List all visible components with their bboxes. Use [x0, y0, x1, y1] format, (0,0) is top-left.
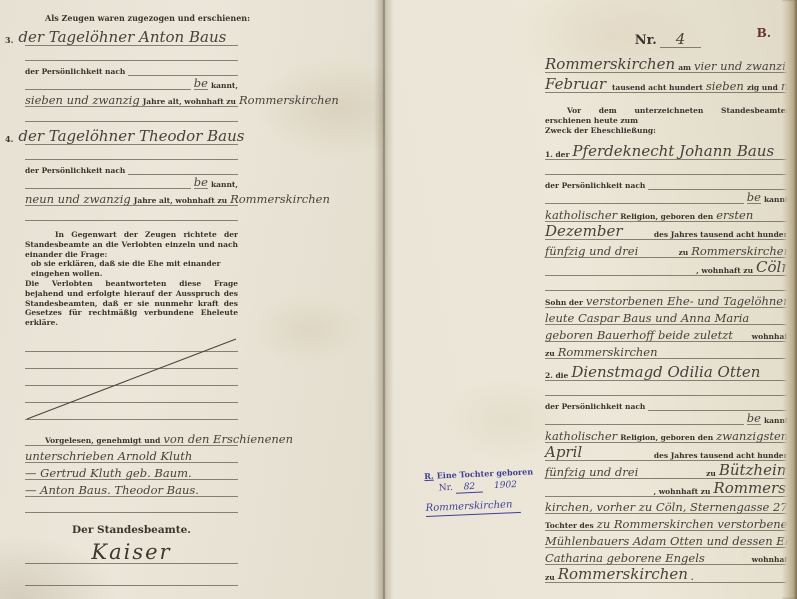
religion-label: Religion, geboren den	[620, 212, 713, 221]
page-right: B. R.Eine Tochter geboren Nr. 82 1902 Ro…	[385, 0, 797, 599]
bride-residence-line: , wohnhaft zu Rommers-	[545, 479, 791, 497]
blank-rule	[25, 564, 238, 586]
closing-hand: von den Erschienenen	[163, 433, 293, 445]
wohnhaft-label: , wohnhaft zu	[696, 266, 753, 275]
closing-line: Vorgelesen, genehmigt und von den Erschi…	[25, 428, 238, 446]
witness4-name-line: 4. der Tagelöhner Theodor Baus	[25, 122, 238, 145]
witness-signature-1: — Gertrud Kluth geb. Baum.	[25, 467, 192, 479]
registrar-signature: Kaiser	[91, 541, 171, 563]
date-place: Rommerskirchen	[545, 56, 675, 72]
bride-entry: Dienstmagd Odilia Otten	[571, 364, 760, 380]
groom-birth-month: Dezember	[545, 223, 623, 239]
witness3-entry: der Tagelöhner Anton Baus	[18, 29, 226, 45]
daughter-of-label: Tochter des	[545, 521, 594, 530]
bride-religion-line: katholischer Religion, geboren den zwanz…	[545, 425, 791, 443]
known-hand: be	[747, 191, 761, 204]
groom-name-line: 1. der Pferdeknecht Johann Baus	[545, 138, 791, 160]
closing-hand2: unterschrieben Arnold Kluth	[25, 450, 192, 462]
witness-signature-2: — Anton Baus. Theodor Baus.	[25, 484, 199, 496]
witness3-name-line: 3. der Tagelöhner Anton Baus	[25, 23, 238, 46]
bride-residence-line-2: kirchen, vorher zu Cöln, Sternengasse 27	[545, 497, 791, 514]
right-form-column: Nr. 4 Rommerskirchen am vier und zwanzig…	[545, 30, 791, 583]
zu-label: zu	[545, 349, 555, 358]
date-printed-1: tausend acht hundert	[612, 83, 703, 92]
witness3-known-line: be kannt,	[25, 76, 238, 90]
register-book-photo: { "labels": { "pers": "der Persönlichkei…	[0, 0, 797, 599]
groom-parents-line-3: geboren Bauerhoff beide zuletzt wohnhaft	[545, 325, 791, 342]
bride-birth-year: fünfzig und drei	[545, 466, 638, 478]
registrar-label: Der Standesbeamte.	[72, 524, 191, 536]
signature-line-2: — Gertrud Kluth geb. Baum.	[25, 463, 238, 480]
age-label: Jahre alt, wohnhaft zu	[143, 97, 236, 106]
open-register-book: Als Zeugen waren zugezogen und erschiene…	[0, 0, 797, 599]
bride-parents-line-1: Tochter des zu Rommerskirchen verstorben…	[545, 514, 791, 531]
declaration-paragraph-3: Die Verlobten beantworteten diese Frage …	[25, 279, 238, 328]
dateline-1: Rommerskirchen am vier und zwanzigsten	[545, 52, 791, 73]
witness4-identity-line: der Persönlichkeit nach	[25, 160, 238, 175]
blank-rule	[25, 46, 238, 61]
book-page-edge	[782, 0, 797, 599]
appearance-line-1: Vor dem unterzeichneten Standesbeamten e…	[545, 106, 791, 126]
son-of-label: Sohn der	[545, 298, 583, 307]
groom-birth-day: ersten	[716, 209, 753, 221]
year-label: des Jahres tausend acht hundert	[654, 451, 791, 460]
year-label: des Jahres tausend acht hundert	[654, 230, 791, 239]
bride-birth-day: zwanzigsten	[716, 430, 788, 442]
cancelled-blank-block	[25, 335, 238, 420]
witness3-identity-line: der Persönlichkeit nach	[25, 61, 238, 76]
witness4-entry: der Tagelöhner Theodor Baus	[18, 128, 244, 144]
page-left: Als Zeugen waren zugezogen und erschiene…	[0, 0, 385, 599]
groom-religion-line: katholischer Religion, geboren den erste…	[545, 204, 791, 222]
book-gutter-shadow	[374, 0, 394, 599]
blank-rule	[545, 381, 791, 396]
bride-parents-residence-line: zu Rommerskirchen .	[545, 565, 791, 583]
bride-birth-place: Bützheim	[719, 462, 791, 478]
groom-birth-year-line: fünfzig und drei zu Rommerskirchen	[545, 240, 791, 258]
groom-birth-year: fünfzig und drei	[545, 245, 638, 257]
groom-identity-line: der Persönlichkeit nach	[545, 175, 791, 190]
known-label: kannt,	[211, 81, 238, 90]
groom-entry: Pferdeknecht Johann Baus	[572, 143, 774, 159]
identity-label: der Persönlichkeit nach	[545, 181, 645, 190]
declaration-paragraph-1: In Gegenwart der Zeugen richtete der Sta…	[25, 230, 238, 259]
signature-line-1: unterschrieben Arnold Kluth	[25, 446, 238, 463]
bride-parents-line-2: Mühlenbauers Adam Otten und dessen Ehefr…	[545, 531, 791, 548]
groom-religion: katholischer	[545, 209, 617, 221]
blank-rule	[25, 145, 238, 160]
stamp-nr-label: Nr.	[439, 483, 453, 494]
groom-parents-line-2: leute Caspar Baus und Anna Maria	[545, 308, 791, 325]
bride-known-line: be kannt,	[545, 411, 791, 425]
record-number-value: 4	[660, 31, 702, 48]
blank-rule	[25, 206, 238, 221]
bride-parents-3: Catharina geborene Engels	[545, 552, 705, 564]
witnesses-intro-line: Als Zeugen waren zugezogen und erschiene…	[25, 10, 238, 23]
bride-religion: katholischer	[545, 430, 617, 442]
groom-parents-residence-line: zu Rommerskirchen	[545, 342, 791, 359]
witness4-number: 4.	[5, 134, 13, 144]
dateline-2: Februar tausend acht hundert sieben zig …	[545, 73, 791, 93]
blank-rule	[25, 497, 238, 513]
stamp-prefix: R.	[424, 471, 434, 481]
record-number-label: Nr.	[635, 34, 657, 48]
date-am-label: am	[678, 63, 691, 72]
bride-birth-year-line: fünfzig und drei zu Bützheim	[545, 461, 791, 479]
stamp-year: 1902	[486, 480, 525, 492]
stamp-place: Rommerskirchen	[425, 497, 520, 517]
bride-residence-2: kirchen, vorher zu Cöln, Sternengasse 27	[545, 501, 788, 513]
bride-parents-2: Mühlenbauers Adam Otten und dessen Ehefr…	[545, 535, 797, 547]
bride-residence: Rommers-	[713, 480, 791, 496]
bride-birth-month: April	[545, 444, 582, 460]
groom-parents-line-1: Sohn der verstorbenen Ehe- und Tagelöhne…	[545, 291, 791, 308]
date-decade-hand: sieben	[706, 80, 744, 92]
blank-rule	[545, 160, 791, 175]
declaration-paragraph-2: ob sie erklären, daß sie die Ehe mit ein…	[31, 259, 238, 279]
groom-known-line: be kannt,	[545, 190, 791, 204]
groom-birth-month-line: Dezember des Jahres tausend acht hundert	[545, 222, 791, 240]
bride-parents-1: zu Rommerskirchen verstorbenen	[597, 518, 795, 530]
groom-birth-place: Rommerskirchen	[691, 245, 791, 257]
groom-parents-1: verstorbenen Ehe- und Tagelöhners-	[586, 295, 797, 307]
signature-line-3: — Anton Baus. Theodor Baus.	[25, 480, 238, 497]
witness4-known-line: be kannt,	[25, 175, 238, 189]
bride-parents-line-3: Catharina geborene Engels wohnhaft	[545, 548, 791, 565]
witness4-age-line: neun und zwanzig Jahre alt, wohnhaft zu …	[25, 189, 238, 206]
witnesses-intro: Als Zeugen waren zugezogen und erschiene…	[45, 13, 250, 23]
known-hand: be	[194, 77, 208, 90]
zu-label: zu	[706, 469, 716, 478]
closing-printed: Vorgelesen, genehmigt und	[45, 436, 160, 445]
registrar-title-line: Der Standesbeamte.	[25, 518, 238, 536]
witness4-residence: Rommerskirchen	[230, 193, 330, 205]
left-form-column: Als Zeugen waren zugezogen und erschiene…	[25, 10, 238, 586]
identity-label: der Persönlichkeit nach	[25, 67, 125, 76]
bride-parents-residence: Rommerskirchen	[558, 566, 688, 582]
known-hand: be	[747, 412, 761, 425]
known-hand: be	[194, 176, 208, 189]
wohnhaft-label: , wohnhaft zu	[653, 487, 710, 496]
witness3-age-line: sieben und zwanzig Jahre alt, wohnhaft z…	[25, 90, 238, 107]
date-printed-2: zig und	[747, 83, 778, 92]
groom-parents-2: leute Caspar Baus und Anna Maria	[545, 312, 749, 324]
blank-rule	[545, 276, 791, 291]
cancellation-stroke	[25, 335, 238, 420]
registrar-signature-line: Kaiser	[25, 536, 238, 564]
groom-parents-residence: Rommerskirchen	[558, 346, 658, 358]
blank-rule	[25, 107, 238, 122]
zu-label: zu	[678, 248, 688, 257]
bride-name-line: 2. die Dienstmagd Odilia Otten	[545, 359, 791, 381]
date-month: Februar	[545, 76, 606, 92]
bride-identity-line: der Persönlichkeit nach	[545, 396, 791, 411]
groom-residence-line: , wohnhaft zu Cöln	[545, 258, 791, 276]
religion-label: Religion, geboren den	[620, 433, 713, 442]
witness3-age: sieben und zwanzig	[25, 94, 140, 106]
identity-label: der Persönlichkeit nach	[545, 402, 645, 411]
appearance-line-2: Zweck der Eheschließung:	[545, 126, 791, 136]
groom-number: 1. der	[545, 150, 569, 159]
record-number-line: Nr. 4	[545, 30, 791, 48]
zu-label: zu	[545, 573, 555, 582]
witness4-age: neun und zwanzig	[25, 193, 131, 205]
period-label: .	[691, 573, 694, 582]
bride-number: 2. die	[545, 371, 568, 380]
age-label: Jahre alt, wohnhaft zu	[134, 196, 227, 205]
stamp-nr-value: 82	[456, 482, 484, 494]
known-label: kannt,	[211, 180, 238, 189]
groom-parents-3: geboren Bauerhoff beide zuletzt	[545, 329, 733, 341]
witness3-residence: Rommerskirchen	[239, 94, 339, 106]
bride-birth-month-line: April des Jahres tausend acht hundert	[545, 443, 791, 461]
witness3-number: 3.	[5, 35, 13, 45]
identity-label: der Persönlichkeit nach	[25, 166, 125, 175]
